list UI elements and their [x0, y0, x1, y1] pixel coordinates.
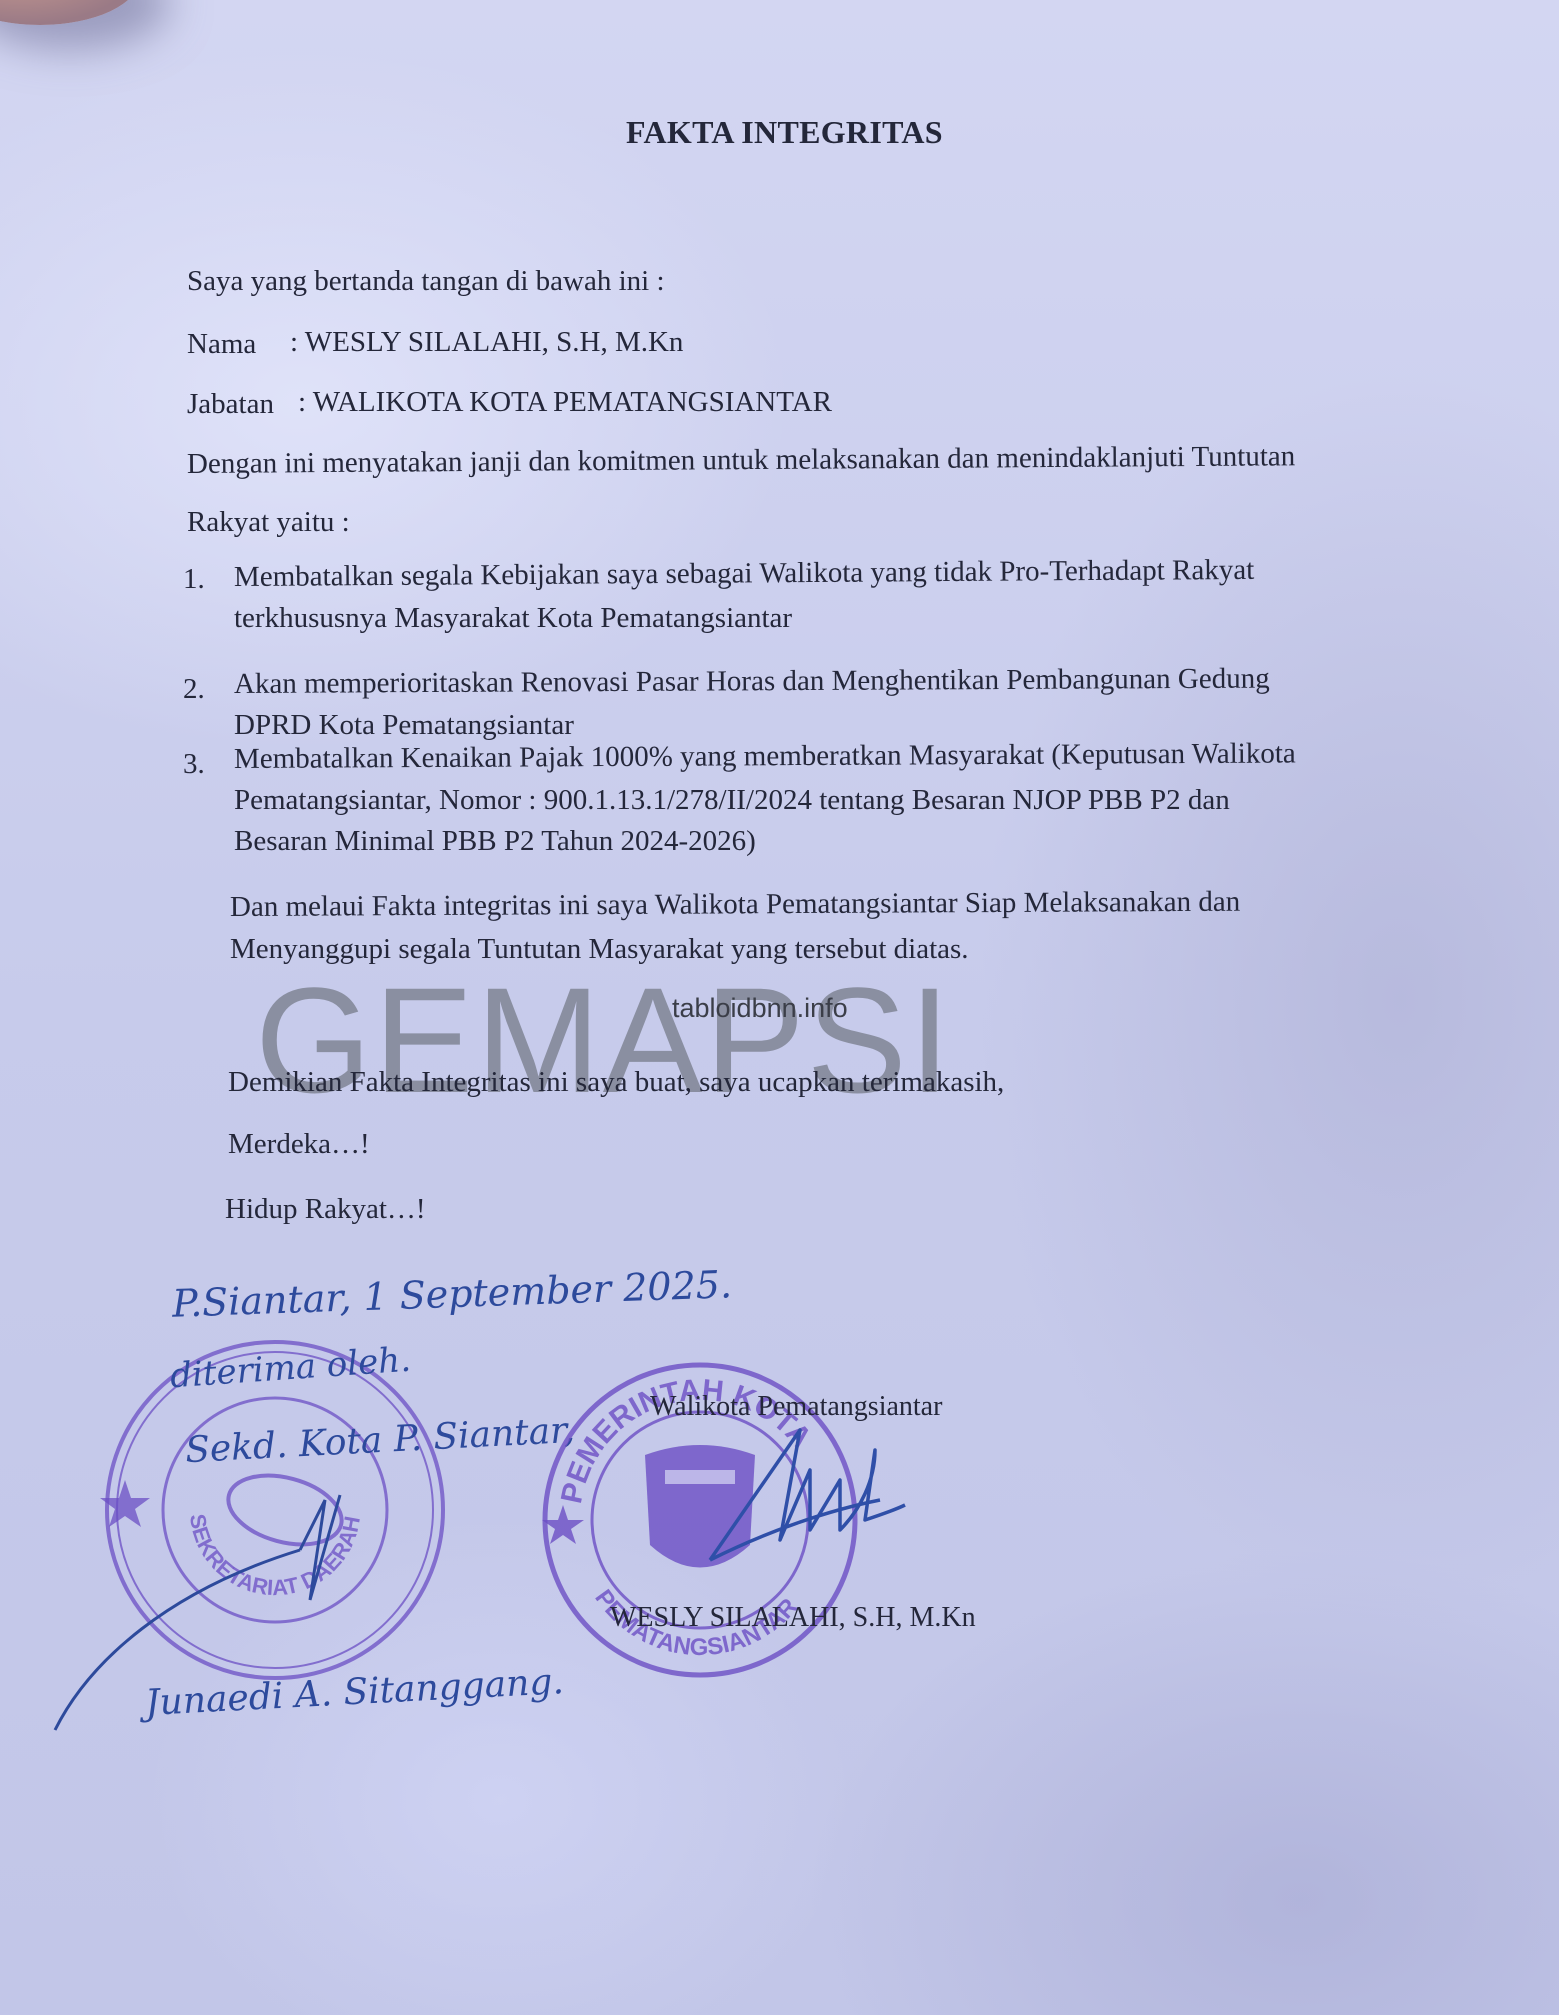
statement-line-2: Rakyat yaitu : — [187, 508, 350, 537]
item-3-line-3: Besaran Minimal PBB P2 Tahun 2024-2026) — [234, 827, 756, 856]
item-1-line-2: terkhususnya Masyarakat Kota Pematangsia… — [234, 604, 792, 633]
signatory-title: Walikota Pematangsiantar — [650, 1393, 942, 1421]
position-value: : WALIKOTA KOTA PEMATANGSIANTAR — [298, 388, 832, 417]
position-label: Jabatan — [187, 390, 274, 419]
closing-paragraph-line-1: Dan melaui Fakta integritas ini saya Wal… — [230, 888, 1240, 922]
item-2-number: 2. — [183, 673, 205, 706]
watermark-url: tabloidbnn.info — [672, 993, 848, 1024]
signatory-name: WESLY SILALAHI, S.H, M.Kn — [610, 1604, 976, 1632]
slogan-merdeka: Merdeka…! — [228, 1130, 370, 1159]
item-1-line-1: Membatalkan segala Kebijakan saya sebaga… — [234, 556, 1254, 592]
item-2-line-2: DPRD Kota Pematangsiantar — [234, 711, 574, 740]
name-value: : WESLY SILALAHI, S.H, M.Kn — [290, 328, 683, 357]
item-3-number: 3. — [183, 748, 205, 781]
item-1-number: 1. — [183, 563, 205, 596]
closing-sentence: Demikian Fakta Integritas ini saya buat,… — [228, 1068, 1004, 1097]
slogan-hidup-rakyat: Hidup Rakyat…! — [225, 1195, 426, 1224]
item-2-line-1: Akan memperioritaskan Renovasi Pasar Hor… — [234, 665, 1270, 699]
name-label: Nama — [187, 330, 256, 359]
item-3-line-2: Pematangsiantar, Nomor : 900.1.13.1/278/… — [234, 786, 1230, 815]
mayor-signature — [690, 1420, 920, 1570]
receiver-signature — [50, 1440, 380, 1740]
document-title: FAKTA INTEGRITAS — [626, 116, 943, 148]
intro-text: Saya yang bertanda tangan di bawah ini : — [187, 267, 665, 296]
item-3-line-1: Membatalkan Kenaikan Pajak 1000% yang me… — [234, 739, 1296, 774]
